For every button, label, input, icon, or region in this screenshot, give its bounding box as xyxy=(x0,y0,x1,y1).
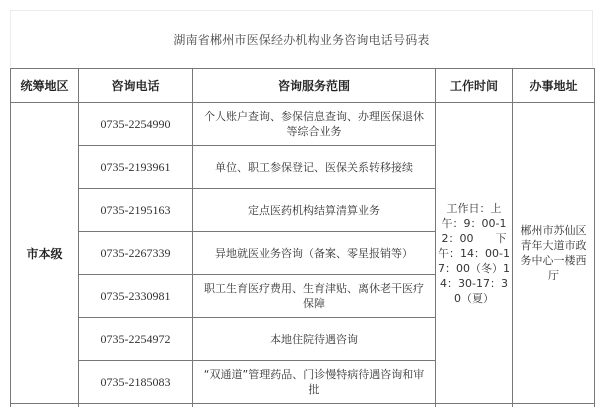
scope-cell: 定点医药机构结算清算业务 xyxy=(193,189,436,232)
header-row: 统筹地区 咨询电话 咨询服务范围 工作时间 办事地址 xyxy=(11,69,595,103)
table-bottom-edge xyxy=(11,404,595,407)
header-address: 办事地址 xyxy=(513,69,595,103)
bottom-edge-cell xyxy=(193,404,436,407)
phone-cell: 0735-2254972 xyxy=(79,318,193,361)
hotline-table: 统筹地区 咨询电话 咨询服务范围 工作时间 办事地址 市本级 0735-2254… xyxy=(10,68,595,407)
region-cell: 市本级 xyxy=(11,103,79,404)
bottom-edge-cell xyxy=(79,404,193,407)
table-row: 市本级 0735-2254990 个人账户查询、参保信息查询、办理医保退休等综合… xyxy=(11,103,595,146)
header-region: 统筹地区 xyxy=(11,69,79,103)
phone-cell: 0735-2330981 xyxy=(79,275,193,318)
scope-cell: “双通道”管理药品、门诊慢特病待遇咨询和审批 xyxy=(193,361,436,404)
scope-cell: 异地就医业务咨询（备案、零星报销等） xyxy=(193,232,436,275)
scope-cell: 本地住院待遇咨询 xyxy=(193,318,436,361)
bottom-edge-cell xyxy=(436,404,513,407)
address-cell: 郴州市苏仙区青年大道市政务中心一楼西厅 xyxy=(513,103,595,404)
header-scope: 咨询服务范围 xyxy=(193,69,436,103)
hours-cell: 工作日：上午：9：00-12：00 下午：14：00-17：00（冬）14：30… xyxy=(436,103,513,404)
table-title: 湖南省郴州市医保经办机构业务咨询电话号码表 xyxy=(173,31,429,48)
scope-cell: 个人账户查询、参保信息查询、办理医保退休等综合业务 xyxy=(193,103,436,146)
bottom-edge-cell xyxy=(11,404,79,407)
phone-cell: 0735-2193961 xyxy=(79,146,193,189)
phone-cell: 0735-2254990 xyxy=(79,103,193,146)
phone-cell: 0735-2185083 xyxy=(79,361,193,404)
scope-cell: 单位、职工参保登记、医保关系转移接续 xyxy=(193,146,436,189)
table-title-box: 湖南省郴州市医保经办机构业务咨询电话号码表 xyxy=(10,10,593,67)
header-hours: 工作时间 xyxy=(436,69,513,103)
phone-cell: 0735-2195163 xyxy=(79,189,193,232)
bottom-edge-cell xyxy=(513,404,595,407)
scope-cell: 职工生育医疗费用、生育津贴、离休老干医疗保障 xyxy=(193,275,436,318)
phone-cell: 0735-2267339 xyxy=(79,232,193,275)
header-phone: 咨询电话 xyxy=(79,69,193,103)
